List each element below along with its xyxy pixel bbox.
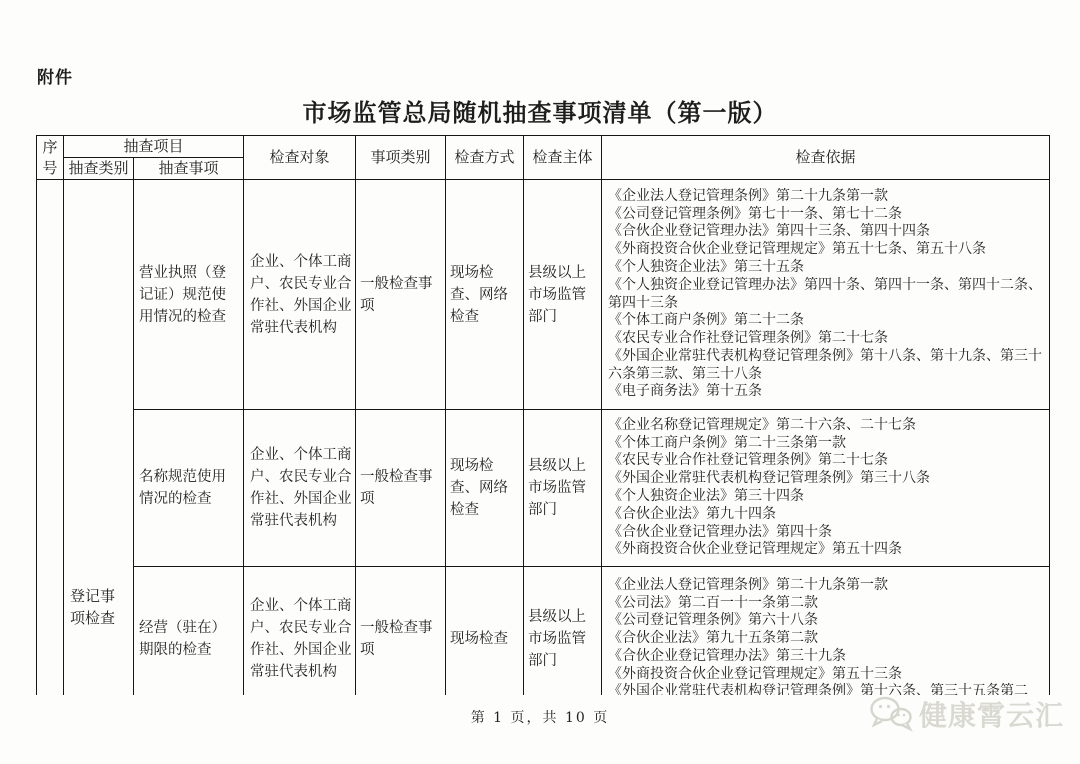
- item-cell: 营业执照（登记证）规范使用情况的检查: [134, 180, 244, 410]
- header-basis: 检查依据: [602, 136, 1050, 180]
- target-cell: 企业、个体工商户、农民专业合作社、外国企业常驻代表机构: [244, 567, 356, 696]
- attachment-label: 附件: [37, 63, 73, 88]
- header-serial: 序号: [37, 136, 64, 180]
- header-target: 检查对象: [244, 136, 356, 180]
- serial-cell: [37, 180, 64, 696]
- header-subject: 检查主体: [524, 136, 602, 180]
- subject-cell: 县级以上市场监管部门: [524, 180, 602, 410]
- watermark-text: 健康霄云汇: [919, 694, 1064, 734]
- item-type-cell: 一般检查事项: [356, 567, 446, 696]
- header-inspection-items-group: 抽查项目: [64, 136, 244, 158]
- method-cell: 现场检查: [446, 567, 524, 696]
- method-cell: 现场检查、网络检查: [446, 180, 524, 410]
- method-cell: 现场检查、网络检查: [446, 410, 524, 567]
- header-item: 抽查事项: [134, 158, 244, 180]
- basis-cell: 《企业名称登记管理规定》第二十六条、二十七条 《个体工商户条例》第二十三条第一款…: [602, 410, 1050, 567]
- item-cell: 名称规范使用情况的检查: [134, 410, 244, 567]
- target-cell: 企业、个体工商户、农民专业合作社、外国企业常驻代表机构: [244, 410, 356, 567]
- category-cell: 登记事项检查: [64, 180, 134, 696]
- subject-cell: 县级以上市场监管部门: [524, 410, 602, 567]
- header-category: 抽查类别: [64, 158, 134, 180]
- page-title: 市场监管总局随机抽查事项清单（第一版）: [0, 93, 1080, 128]
- target-cell: 企业、个体工商户、农民专业合作社、外国企业常驻代表机构: [244, 180, 356, 410]
- wechat-icon: [868, 695, 914, 733]
- item-type-cell: 一般检查事项: [356, 180, 446, 410]
- subject-cell: 县级以上市场监管部门: [524, 567, 602, 696]
- inspection-items-table: 序号 抽查项目 检查对象 事项类别 检查方式 检查主体 检查依据 抽查类别 抽查…: [36, 135, 1050, 695]
- header-method: 检查方式: [446, 136, 524, 180]
- basis-cell: 《企业法人登记管理条例》第二十九条第一款 《公司登记管理条例》第七十一条、第七十…: [602, 180, 1050, 410]
- item-cell: 经营（驻在）期限的检查: [134, 567, 244, 696]
- header-item-type: 事项类别: [356, 136, 446, 180]
- basis-cell: 《企业法人登记管理条例》第二十九条第一款 《公司法》第二百一十一条第二款 《公司…: [602, 567, 1050, 696]
- item-type-cell: 一般检查事项: [356, 410, 446, 567]
- watermark: 健康霄云汇: [868, 694, 1064, 734]
- inspection-items-table-container: 序号 抽查项目 检查对象 事项类别 检查方式 检查主体 检查依据 抽查类别 抽查…: [36, 135, 1052, 695]
